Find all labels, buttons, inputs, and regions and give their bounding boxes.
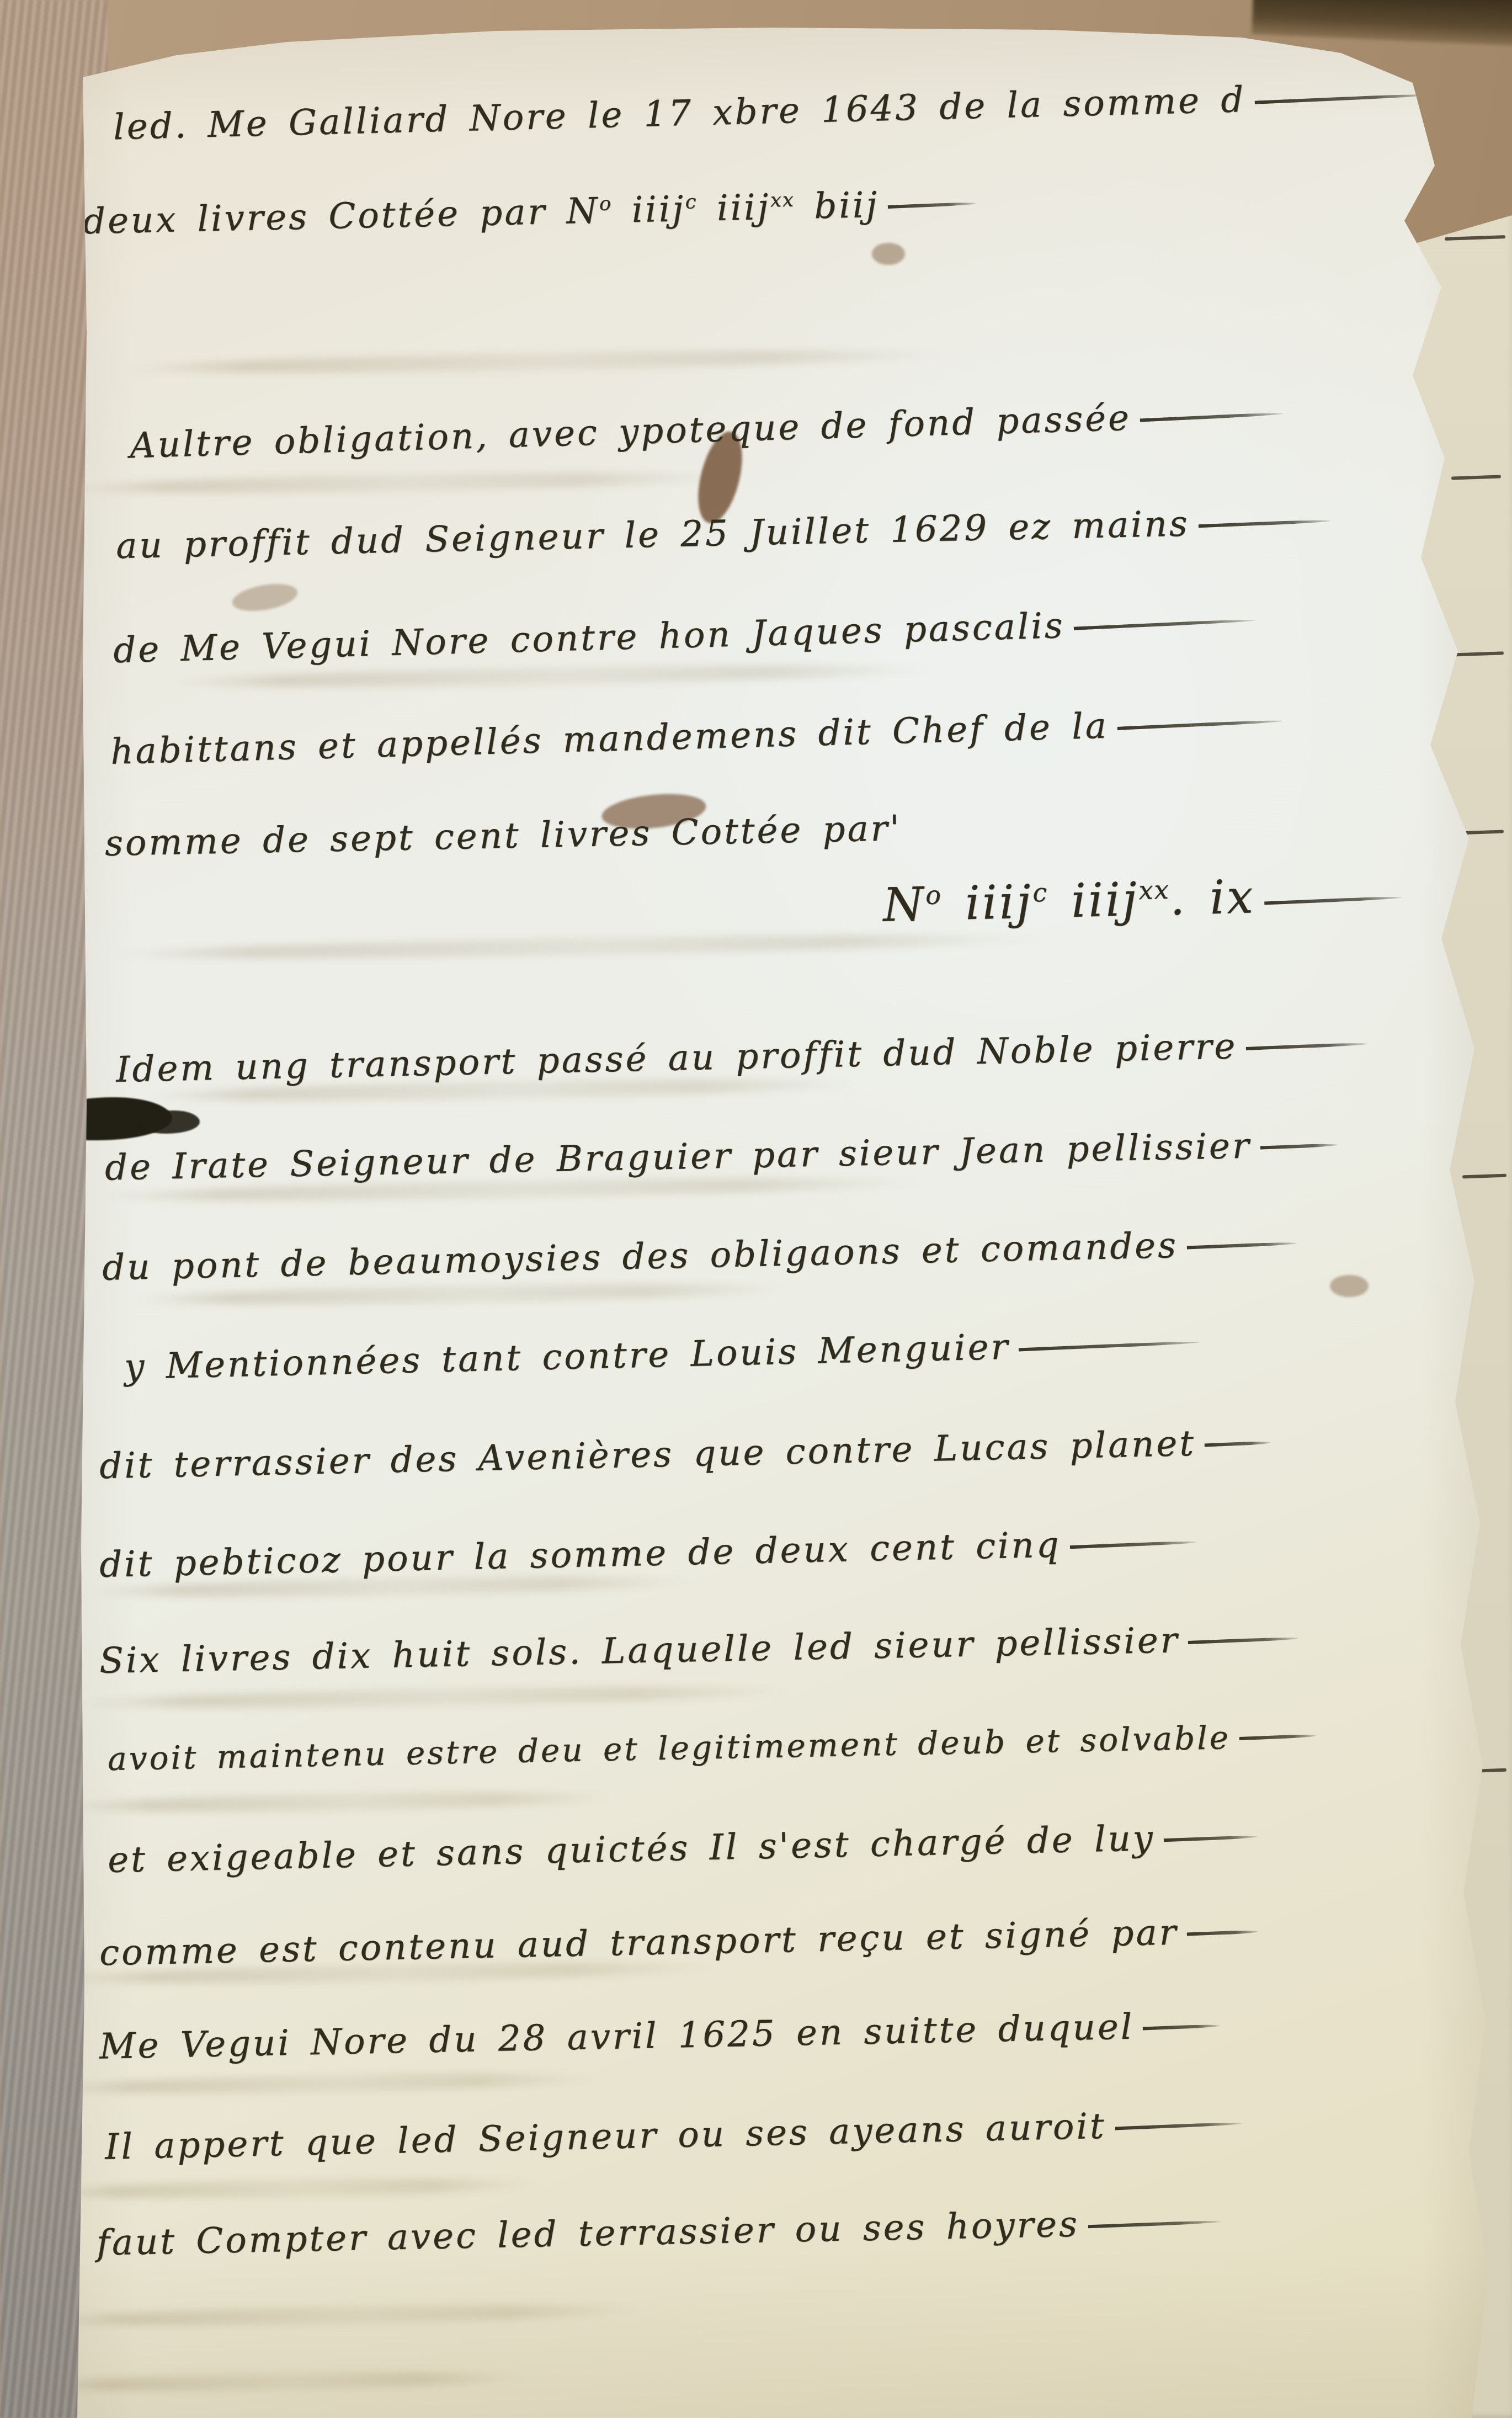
pen-flourish: [888, 202, 976, 209]
pen-flourish: [1019, 1341, 1201, 1352]
line-text: de Me Vegui Nore contre hon Jaques pasca…: [113, 605, 1065, 671]
line-text: somme de sept cent livres Cottée par': [104, 808, 902, 864]
line-text: dit pebticoz pour la somme de deux cent …: [99, 1524, 1061, 1585]
superscript: c: [1032, 878, 1048, 908]
pen-flourish: [1205, 1441, 1271, 1447]
bleedthrough-streak: [50, 2070, 601, 2096]
pen-flourish: [1188, 1636, 1298, 1644]
bleedthrough-streak: [44, 2176, 541, 2201]
line-text: led. Me Galliard Nore le 17 xbre 1643 de…: [113, 79, 1246, 148]
line-text: dit terrassier des Avenières que contre …: [99, 1423, 1196, 1487]
pen-flourish: [1187, 1930, 1259, 1936]
bleedthrough-streak: [66, 1789, 618, 1815]
manuscript-line: Me Vegui Nore du 28 avril 1625 en suitte…: [99, 2005, 1220, 2068]
line-text: faut Compter avec led terrassier ou ses …: [96, 2204, 1079, 2263]
superscript: xx: [1138, 875, 1170, 905]
manuscript-line: faut Compter avec led terrassier ou ses …: [96, 2201, 1221, 2263]
line-text: Il appert que led Seigneur ou ses ayeans…: [104, 2106, 1106, 2168]
table-edge-shadow: [1252, 0, 1512, 50]
line-text: iiij: [612, 189, 686, 231]
manuscript-line: de Me Vegui Nore contre hon Jaques pasca…: [113, 600, 1256, 671]
pen-flourish: [1254, 93, 1431, 104]
manuscript-line: somme de sept cent livres Cottée par': [104, 808, 902, 864]
pen-flourish: [1199, 519, 1331, 528]
bleedthrough-streak: [110, 930, 1048, 963]
line-text: y Mentionnées tant contre Louis Menguier: [124, 1327, 1010, 1388]
line-text: biij: [794, 185, 880, 227]
line-text: Me Vegui Nore du 28 avril 1625 en suitte…: [99, 2007, 1134, 2068]
pen-flourish: [1115, 2122, 1242, 2130]
line-text: avoit maintenu estre deu et legitimement…: [108, 1719, 1231, 1778]
bleedthrough-streak: [77, 1683, 795, 1712]
pen-flourish: [1070, 1540, 1197, 1549]
bleedthrough-streak: [33, 2369, 530, 2394]
line-text: iiij: [941, 875, 1034, 931]
superscript: o: [599, 193, 613, 215]
line-text: . ix: [1169, 869, 1256, 925]
bleedthrough-streak: [39, 2302, 646, 2329]
line-text: habittans et appellés mandemens dit Chef…: [110, 705, 1109, 772]
manuscript-photo: led. Me Galliard Nore le 17 xbre 1643 de…: [0, 0, 1512, 2418]
manuscript-line: deux livres Cottée par No iiijc iiijxx b…: [82, 183, 976, 242]
manuscript-line: Il appert que led Seigneur ou ses ayeans…: [104, 2103, 1242, 2167]
pen-flourish: [1239, 1734, 1317, 1740]
pen-flourish: [1140, 412, 1284, 422]
manuscript-line: y Mentionnées tant contre Louis Menguier: [124, 1322, 1201, 1388]
manuscript-line: du pont de beaumoysies des obligaons et …: [102, 1223, 1297, 1288]
pen-flourish: [1264, 896, 1402, 905]
bleedthrough-streak: [121, 346, 949, 377]
superscript: o: [925, 880, 943, 910]
superscript: xx: [770, 189, 795, 212]
ink-stain: [872, 243, 905, 265]
manuscript-folio-number: No iiijc iiijxx. ix: [882, 866, 1403, 932]
line-text: du pont de beaumoysies des obligaons et …: [102, 1225, 1178, 1289]
ink-stain: [1330, 1275, 1369, 1297]
pen-flourish: [1143, 2024, 1220, 2030]
manuscript-line: dit pebticoz pour la somme de deux cent …: [99, 1522, 1197, 1586]
pen-flourish: [1164, 1835, 1258, 1842]
manuscript-line: dit terrassier des Avenières que contre …: [99, 1422, 1271, 1487]
manuscript-line: et exigeable et sans quictés Il s'est ch…: [107, 1816, 1258, 1881]
manuscript-line: avoit maintenu estre deu et legitimement…: [108, 1717, 1317, 1778]
line-text: iiij: [1047, 872, 1140, 928]
ink-stain: [230, 580, 300, 615]
superscript: c: [685, 190, 698, 213]
manuscript-line: led. Me Galliard Nore le 17 xbre 1643 de…: [113, 75, 1431, 148]
pen-flourish: [1260, 1143, 1337, 1149]
pen-flourish: [1074, 619, 1256, 630]
manuscript-line: Six livres dix huit sols. Laquelle led s…: [99, 1618, 1298, 1682]
manuscript-line: habittans et appellés mandemens dit Chef…: [110, 701, 1283, 773]
line-text: Aultre obligation, avec ypoteque de fond…: [129, 398, 1132, 467]
manuscript-page: led. Me Galliard Nore le 17 xbre 1643 de…: [0, 0, 1512, 2418]
pen-flourish: [1088, 2220, 1221, 2228]
line-text: iiij: [697, 187, 771, 230]
line-text: N: [882, 877, 927, 932]
pen-flourish: [1246, 1042, 1367, 1050]
line-text: au proffit dud Seigneur le 25 Juillet 16…: [115, 503, 1190, 567]
pen-flourish: [1187, 1241, 1297, 1249]
pen-flourish: [1117, 719, 1283, 730]
line-text: deux livres Cottée par N: [82, 190, 600, 242]
line-text: Six livres dix huit sols. Laquelle led s…: [99, 1620, 1180, 1682]
bleedthrough-streak: [66, 469, 728, 497]
line-text: et exigeable et sans quictés Il s'est ch…: [107, 1818, 1155, 1881]
